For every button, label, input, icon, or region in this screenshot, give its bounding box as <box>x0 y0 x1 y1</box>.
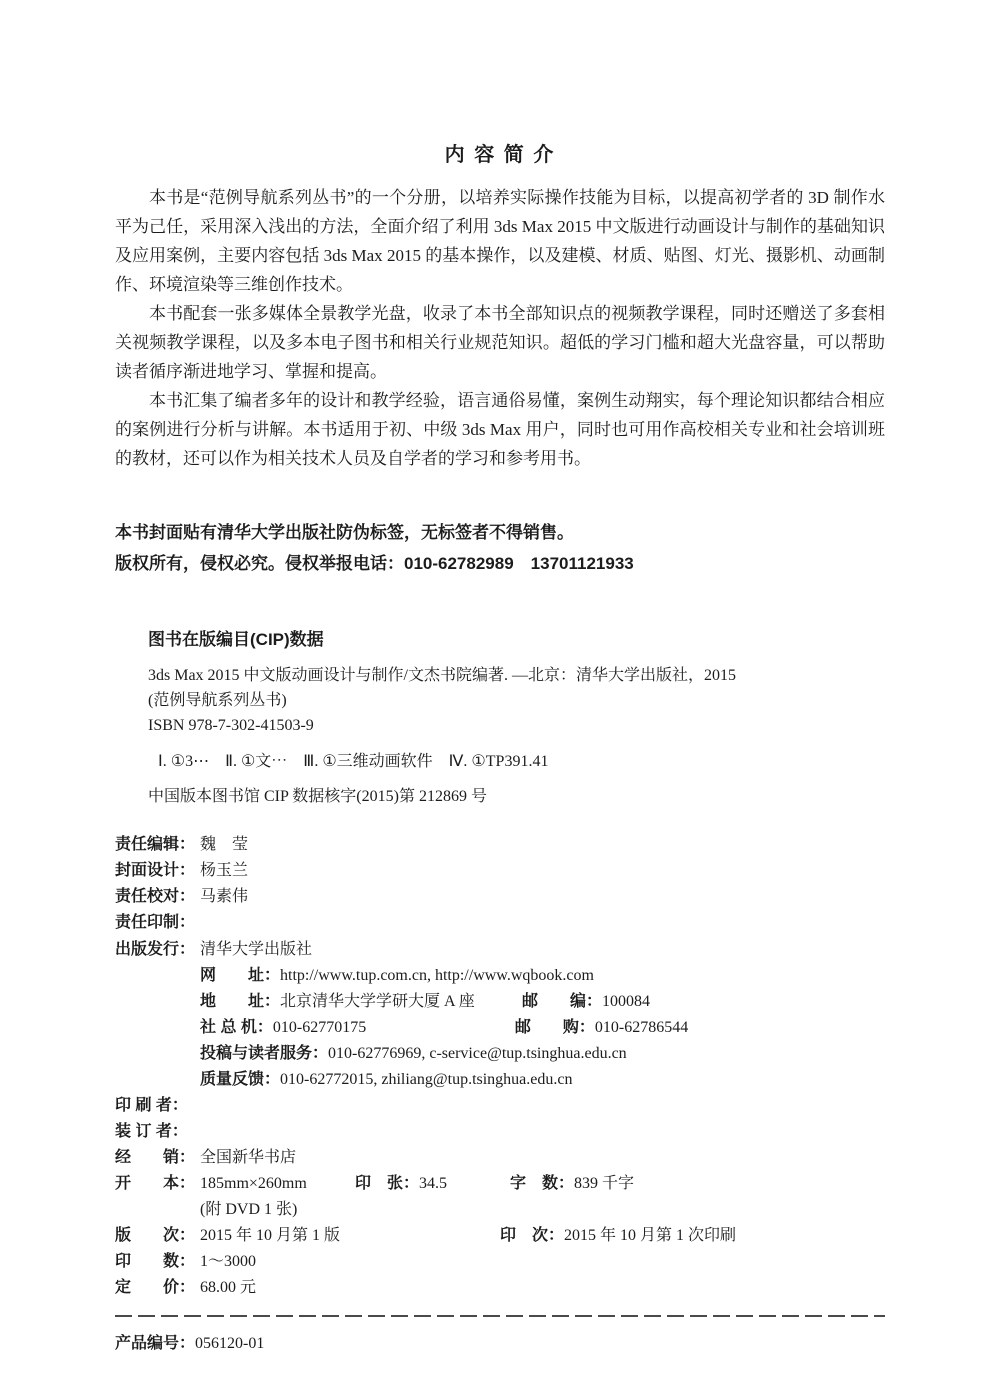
price-row: 定 价： 68.00 元 <box>115 1275 885 1301</box>
editor-name: 魏 莹 <box>200 832 248 858</box>
publisher-name: 清华大学出版社 <box>200 937 312 963</box>
binder-row: 装 订 者： <box>115 1119 885 1145</box>
copies-value: 1～3000 <box>200 1249 256 1275</box>
cip-book-info: 3ds Max 2015 中文版动画设计与制作/文杰书院编著. —北京：清华大学… <box>148 663 885 738</box>
product-code-value: 056120-01 <box>195 1331 264 1357</box>
staff-row-proofreader: 责任校对： 马素伟 <box>115 884 885 910</box>
mailorder-value: 010-62786544 <box>595 1015 688 1041</box>
quality-feedback-label: 质量反馈： <box>200 1067 280 1093</box>
impression-label: 印 次： <box>500 1223 564 1249</box>
anti-piracy-notice: 本书封面贴有清华大学出版社防伪标签，无标签者不得销售。 版权所有，侵权必究。侵权… <box>115 517 885 579</box>
page-content: 内 容 简 介 本书是“范例导航系列丛书”的一个分册，以培养实际操作技能为目标，… <box>0 138 1000 1357</box>
sheets-value: 34.5 <box>419 1171 447 1197</box>
summary-paragraph-1: 本书是“范例导航系列丛书”的一个分册，以培养实际操作技能为目标，以提高初学者的 … <box>115 183 885 299</box>
price-value: 68.00 元 <box>200 1275 256 1301</box>
address-value: 北京清华大学学研大厦 A 座 <box>280 989 522 1015</box>
cip-book-line: 3ds Max 2015 中文版动画设计与制作/文杰书院编著. —北京：清华大学… <box>148 663 885 688</box>
quality-feedback-value: 010-62772015, zhiliang@tup.tsinghua.edu.… <box>280 1067 572 1093</box>
cip-isbn-line: ISBN 978-7-302-41503-9 <box>148 713 885 738</box>
production-section: 印 刷 者： 装 订 者： 经 销： 全国新华书店 开 本： 185mm×260… <box>115 1093 885 1301</box>
staff-row-print-supervisor: 责任印制： <box>115 910 885 936</box>
staff-row-cover: 封面设计： 杨玉兰 <box>115 858 885 884</box>
edition-row: 版 次： 2015 年 10 月第 1 版 印 次： 2015 年 10 月第 … <box>115 1223 885 1249</box>
postcode-label: 邮 编： <box>522 989 602 1015</box>
print-supervisor-label: 责任印制： <box>115 910 200 936</box>
postcode-value: 100084 <box>602 989 650 1015</box>
anti-piracy-line: 本书封面贴有清华大学出版社防伪标签，无标签者不得销售。 <box>115 517 885 548</box>
summary-paragraph-2: 本书配套一张多媒体全景教学光盘，收录了本书全部知识点的视频教学课程，同时还赠送了… <box>115 299 885 386</box>
reader-service-value: 010-62776969, c-service@tup.tsinghua.edu… <box>328 1041 627 1067</box>
copyright-page: 内 容 简 介 本书是“范例导航系列丛书”的一个分册，以培养实际操作技能为目标，… <box>0 0 1000 1392</box>
sheets-label: 印 张： <box>355 1171 419 1197</box>
price-label: 定 价： <box>115 1275 200 1301</box>
attachment-row: (附 DVD 1 张) <box>115 1197 885 1223</box>
product-code-label: 产品编号： <box>115 1331 195 1357</box>
cip-classification: Ⅰ. ①3⋯ Ⅱ. ①文⋯ Ⅲ. ①三维动画软件 Ⅳ. ①TP391.41 <box>148 748 885 771</box>
mailorder-label: 邮 购： <box>515 1015 595 1041</box>
copies-row: 印 数： 1～3000 <box>115 1249 885 1275</box>
distributor-row: 经 销： 全国新华书店 <box>115 1145 885 1171</box>
sheets-group: 印 张： 34.5 <box>355 1171 510 1197</box>
edition-label: 版 次： <box>115 1223 200 1249</box>
reader-service-row: 投稿与读者服务： 010-62776969, c-service@tup.tsi… <box>115 1041 885 1067</box>
publisher-label: 出版发行： <box>115 937 200 963</box>
product-code-row: 产品编号： 056120-01 <box>115 1331 885 1357</box>
cip-header: 图书在版编目(CIP)数据 <box>148 625 885 650</box>
cover-designer-name: 杨玉兰 <box>200 858 248 884</box>
website-label: 网 址： <box>200 963 280 989</box>
quality-feedback-row: 质量反馈： 010-62772015, zhiliang@tup.tsinghu… <box>115 1067 885 1093</box>
printer-label: 印 刷 者： <box>115 1093 200 1119</box>
printer-row: 印 刷 者： <box>115 1093 885 1119</box>
dashed-divider <box>115 1315 885 1317</box>
proofreader-label: 责任校对： <box>115 884 200 910</box>
attachment-value: (附 DVD 1 张) <box>200 1197 297 1223</box>
summary-paragraph-3: 本书汇集了编者多年的设计和教学经验，语言通俗易懂，案例生动翔实，每个理论知识都结… <box>115 386 885 473</box>
proofreader-name: 马素伟 <box>200 884 248 910</box>
words-value: 839 千字 <box>574 1171 634 1197</box>
website-row: 网 址： http://www.tup.com.cn, http://www.w… <box>115 963 885 989</box>
publishing-section: 出版发行： 清华大学出版社 网 址： http://www.tup.com.cn… <box>115 937 885 1093</box>
cip-data-block: 图书在版编目(CIP)数据 3ds Max 2015 中文版动画设计与制作/文杰… <box>115 625 885 806</box>
cip-series-line: (范例导航系列丛书) <box>148 688 885 713</box>
summary-section: 本书是“范例导航系列丛书”的一个分册，以培养实际操作技能为目标，以提高初学者的 … <box>115 183 885 473</box>
distributor-label: 经 销： <box>115 1145 200 1171</box>
cip-registration: 中国版本图书馆 CIP 数据核字(2015)第 212869 号 <box>148 783 885 806</box>
switchboard-label: 社 总 机： <box>200 1015 273 1041</box>
cover-designer-label: 封面设计： <box>115 858 200 884</box>
summary-title: 内 容 简 介 <box>115 138 885 167</box>
edition-value: 2015 年 10 月第 1 版 <box>200 1223 500 1249</box>
format-label: 开 本： <box>115 1171 200 1197</box>
website-urls: http://www.tup.com.cn, http://www.wqbook… <box>280 963 594 989</box>
address-label: 地 址： <box>200 989 280 1015</box>
words-label: 字 数： <box>510 1171 574 1197</box>
distributor-value: 全国新华书店 <box>200 1145 296 1171</box>
reader-service-label: 投稿与读者服务： <box>200 1041 328 1067</box>
binder-label: 装 订 者： <box>115 1119 200 1145</box>
impression-value: 2015 年 10 月第 1 次印刷 <box>564 1223 736 1249</box>
address-row: 地 址： 北京清华大学学研大厦 A 座 邮 编： 100084 <box>115 989 885 1015</box>
staff-section: 责任编辑： 魏 莹 封面设计： 杨玉兰 责任校对： 马素伟 责任印制： <box>115 832 885 936</box>
piracy-hotline-line: 版权所有，侵权必究。侵权举报电话：010-62782989 1370112193… <box>115 548 885 579</box>
switchboard-value: 010-62770175 <box>273 1015 515 1041</box>
format-value: 185mm×260mm <box>200 1171 355 1197</box>
staff-row-editor: 责任编辑： 魏 莹 <box>115 832 885 858</box>
format-row: 开 本： 185mm×260mm 印 张： 34.5 字 数： 839 千字 <box>115 1171 885 1197</box>
copies-label: 印 数： <box>115 1249 200 1275</box>
editor-label: 责任编辑： <box>115 832 200 858</box>
publisher-row: 出版发行： 清华大学出版社 <box>115 937 885 963</box>
switchboard-row: 社 总 机： 010-62770175 邮 购： 010-62786544 <box>115 1015 885 1041</box>
